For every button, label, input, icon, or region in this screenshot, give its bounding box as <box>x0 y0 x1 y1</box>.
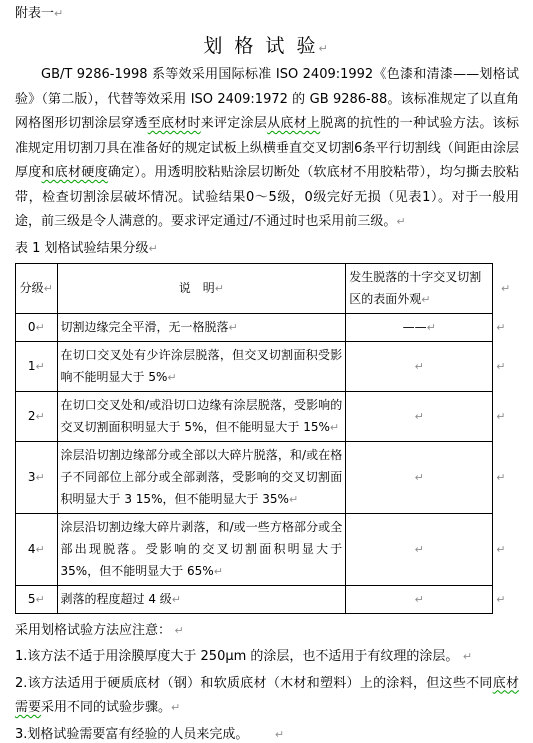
paragraph-mark: ↵ <box>452 650 472 663</box>
appearance-cell: ——↵ <box>346 313 493 341</box>
text-run: 采用不同的试验步骤。 <box>41 700 171 715</box>
row-end-mark: ↵ <box>493 513 519 585</box>
row-end-mark: ↵ <box>493 263 519 313</box>
grammar-squiggle-text: 底材 <box>493 676 519 691</box>
paragraph-mark: ↵ <box>496 471 505 484</box>
grade-cell: 5↵ <box>16 585 58 613</box>
text-run: 在切口交叉处和/或沿切口边缘有涂层脱落，受影响的交叉切割面积明显大于 5%，但不… <box>61 398 343 434</box>
paragraph-mark: ↵ <box>501 282 510 295</box>
table-row-grade-3: 3↵ 涂层沿切割边缘部分或全部以大碎片脱落，和/或在格子不同部位上部分或全部剥落… <box>16 441 519 513</box>
description-cell: 切割边缘完全平滑，无一格脱落↵ <box>57 313 346 341</box>
paragraph-mark: ↵ <box>289 493 298 506</box>
paragraph-mark: ↵ <box>171 624 184 637</box>
row-end-mark: ↵ <box>493 341 519 391</box>
paragraph-mark: ↵ <box>496 321 505 334</box>
text-run: 表 1 划格试验结果分级 <box>15 241 149 256</box>
text-run: 剥落的程度超过 4 级 <box>61 592 172 606</box>
text-run: —— <box>403 320 427 334</box>
text-run: 在切口交叉处有少许涂层脱落，但交叉切割面积受影响不能明显大于 5% <box>61 348 343 384</box>
note-item-2: 2.该方法适用于硬质底材（钢）和软质底材（木材和塑料）上的涂料，但这些不同底材需… <box>15 672 519 721</box>
row-end-mark: ↵ <box>493 391 519 441</box>
paragraph-mark: ↵ <box>167 371 176 384</box>
paragraph-mark: ↵ <box>496 360 505 373</box>
row-end-mark: ↵ <box>493 313 519 341</box>
text-run: 说 明 <box>179 281 215 295</box>
description-cell: 涂层沿切割边缘部分或全部以大碎片脱落，和/或在格子不同部位上部分或全部剥落，受影… <box>57 441 346 513</box>
document-page: 附表一↵ 划 格 试 验↵ GB/T 9286-1998 系等效采用国际标准 I… <box>0 0 533 743</box>
table-header-row: 分级↵ 说 明↵ 发生脱落的十字交叉切割区的表面外观↵ ↵ <box>16 263 519 313</box>
description-cell: 在切口交叉处和/或沿切口边缘有涂层脱落，受影响的交叉切割面积明显大于 5%，但不… <box>57 391 346 441</box>
paragraph-mark: ↵ <box>427 321 436 334</box>
table-row-grade-0: 0↵ 切割边缘完全平滑，无一格脱落↵ ——↵ ↵ <box>16 313 519 341</box>
table-row-grade-1: 1↵ 在切口交叉处有少许涂层脱落，但交叉切割面积受影响不能明显大于 5%↵ ↵ … <box>16 341 519 391</box>
notes-heading: 采用划格试验方法应注意： ↵ <box>15 619 519 644</box>
notes-section: 采用划格试验方法应注意： ↵ 1.该方法不适于用涂膜厚度大于 250μm 的涂层… <box>15 619 519 743</box>
text-run: 发生脱落的十字交叉切割区的表面外观 <box>349 270 481 306</box>
paragraph-mark: ↵ <box>496 593 505 606</box>
paragraph-mark: ↵ <box>35 593 44 606</box>
table-row-grade-5: 5↵ 剥落的程度超过 4 级↵ ↵ ↵ <box>16 585 519 613</box>
grammar-squiggle-text: 和底材硬度 <box>42 165 108 180</box>
paragraph-mark: ↵ <box>35 471 44 484</box>
appearance-cell: ↵ <box>346 391 493 441</box>
paragraph-mark: ↵ <box>242 728 284 741</box>
paragraph-mark: ↵ <box>214 565 223 578</box>
text-run: 3.划格试验需要富有经验的人员来完成。 <box>15 727 242 742</box>
table-row-grade-2: 2↵ 在切口交叉处和/或沿切口边缘有涂层脱落，受影响的交叉切割面积明显大于 5%… <box>16 391 519 441</box>
appendix-label: 附表一↵ <box>15 4 519 24</box>
paragraph-mark: ↵ <box>496 410 505 423</box>
paragraph-mark: ↵ <box>229 321 238 334</box>
paragraph-mark: ↵ <box>421 293 430 306</box>
text-run: 涂层沿切割边缘部分或全部以大碎片脱落，和/或在格子不同部位上部分或全部剥落，受影… <box>61 448 343 506</box>
paragraph-mark: ↵ <box>35 410 44 423</box>
paragraph-mark: ↵ <box>318 42 330 55</box>
note-item-1: 1.该方法不适于用涂膜厚度大于 250μm 的涂层，也不适用于有纹理的涂层。 ↵ <box>15 645 519 670</box>
row-end-mark: ↵ <box>493 441 519 513</box>
table-row-grade-4: 4↵ 涂层沿切割边缘大碎片剥落，和/或一些方格部分或全部出现脱落。受影响的交叉切… <box>16 513 519 585</box>
paragraph-mark: ↵ <box>330 421 339 434</box>
paragraph-mark: ↵ <box>415 543 424 556</box>
text-run: 采用划格试验方法应注意： <box>15 623 171 638</box>
paragraph-mark: ↵ <box>35 321 44 334</box>
paragraph-mark: ↵ <box>415 410 424 423</box>
paragraph-mark: ↵ <box>149 242 158 255</box>
paragraph-mark: ↵ <box>215 282 224 295</box>
grammar-squiggle-text: 至底材时 <box>148 116 201 131</box>
paragraph-mark: ↵ <box>172 593 181 606</box>
text-run: 切割边缘完全平滑，无一格脱落 <box>61 320 229 334</box>
paragraph-mark: ↵ <box>171 701 180 714</box>
appearance-cell: ↵ <box>346 341 493 391</box>
doc-title: 划 格 试 验↵ <box>15 31 519 58</box>
paragraph-mark: ↵ <box>396 215 405 228</box>
note-item-3: 3.划格试验需要富有经验的人员来完成。 ↵ <box>15 723 519 743</box>
grammar-squiggle-text: 需要 <box>15 700 41 715</box>
paragraph-mark: ↵ <box>496 543 505 556</box>
text-run: 附表一 <box>15 6 54 21</box>
grade-cell: 4↵ <box>16 513 58 585</box>
intro-paragraph: GB/T 9286-1998 系等效采用国际标准 ISO 2409:1992《色… <box>15 63 519 235</box>
text-run: 1.该方法不适于用涂膜厚度大于 250μm 的涂层，也不适用于有纹理的涂层。 <box>15 649 452 664</box>
appearance-cell: ↵ <box>346 441 493 513</box>
text-run: 分级 <box>20 281 44 295</box>
text-run: 涂层沿切割边缘大碎片剥落，和/或一些方格部分或全部出现脱落。受影响的交叉切割面积… <box>61 520 343 578</box>
paragraph-mark: ↵ <box>54 7 63 20</box>
column-header-appearance: 发生脱落的十字交叉切割区的表面外观↵ <box>346 263 493 313</box>
grammar-squiggle-text: 从底材上 <box>267 116 320 131</box>
paragraph-mark: ↵ <box>35 543 44 556</box>
grade-cell: 2↵ <box>16 391 58 441</box>
appearance-cell: ↵ <box>346 585 493 613</box>
column-header-description: 说 明↵ <box>57 263 346 313</box>
grade-cell: 0↵ <box>16 313 58 341</box>
text-run: 划 格 试 验 <box>203 35 318 57</box>
grade-cell: 1↵ <box>16 341 58 391</box>
description-cell: 剥落的程度超过 4 级↵ <box>57 585 346 613</box>
description-cell: 在切口交叉处有少许涂层脱落，但交叉切割面积受影响不能明显大于 5%↵ <box>57 341 346 391</box>
row-end-mark: ↵ <box>493 585 519 613</box>
grading-table: 分级↵ 说 明↵ 发生脱落的十字交叉切割区的表面外观↵ ↵ 0↵ 切割边缘完全平… <box>15 263 519 614</box>
text-run: 来评定涂层 <box>201 116 267 131</box>
text-run: 2.该方法适用于硬质底材（钢）和软质底材（木材和塑料）上的涂料，但这些不同 <box>15 676 493 691</box>
paragraph-mark: ↵ <box>415 471 424 484</box>
paragraph-mark: ↵ <box>44 282 53 295</box>
column-header-grade: 分级↵ <box>16 263 58 313</box>
appearance-cell: ↵ <box>346 513 493 585</box>
description-cell: 涂层沿切割边缘大碎片剥落，和/或一些方格部分或全部出现脱落。受影响的交叉切割面积… <box>57 513 346 585</box>
paragraph-mark: ↵ <box>415 593 424 606</box>
grade-cell: 3↵ <box>16 441 58 513</box>
paragraph-mark: ↵ <box>35 360 44 373</box>
paragraph-mark: ↵ <box>415 360 424 373</box>
table-caption: 表 1 划格试验结果分级↵ <box>15 238 519 260</box>
